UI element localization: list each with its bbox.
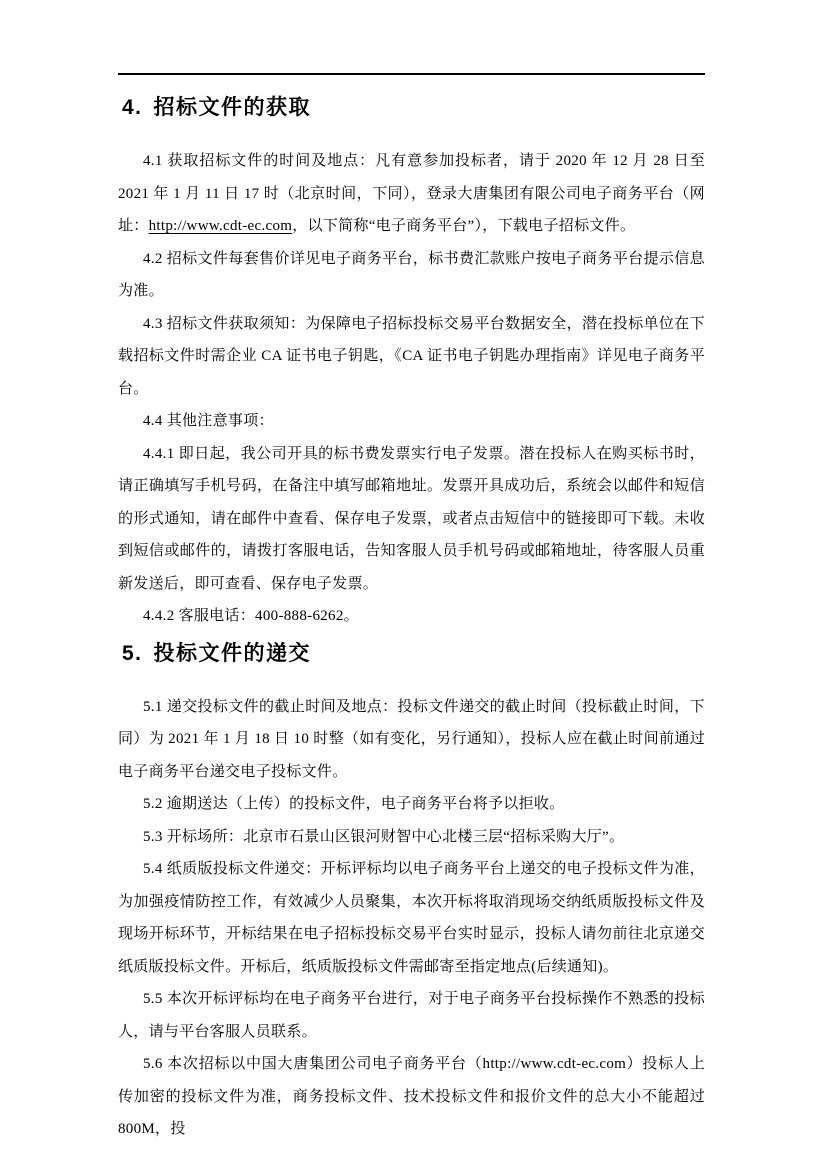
- paragraph-4-1: 4.1 获取招标文件的时间及地点：凡有意参加投标者，请于 2020 年 12 月…: [118, 145, 705, 243]
- paragraph-5-3: 5.3 开标场所：北京市石景山区银河财智中心北楼三层“招标采购大厅”。: [118, 821, 705, 854]
- paragraph-5-4: 5.4 纸质版投标文件递交：开标评标均以电子商务平台上递交的电子投标文件为准，为…: [118, 853, 705, 983]
- paragraph-4-4: 4.4 其他注意事项：: [118, 405, 705, 438]
- section-5-heading: 5.投标文件的递交: [118, 639, 705, 669]
- paragraph-4-4-1: 4.4.1 即日起，我公司开具的标书费发票实行电子发票。潜在投标人在购买标书时，…: [118, 438, 705, 601]
- section-5-number: 5.: [122, 642, 143, 665]
- paragraph-5-6: 5.6 本次招标以中国大唐集团公司电子商务平台（http://www.cdt-e…: [118, 1048, 705, 1146]
- section-5-title: 投标文件的递交: [154, 642, 312, 665]
- document-page: 4.招标文件的获取 4.1 获取招标文件的时间及地点：凡有意参加投标者，请于 2…: [0, 0, 827, 1169]
- paragraph-4-1-text-cont: ，以下简称“电子商务平台”），下载电子招标文件。: [292, 218, 635, 234]
- platform-url-part-2: //www.cdt-ec.com: [178, 218, 293, 234]
- paragraph-4-3: 4.3 招标文件获取须知：为保障电子招标投标交易平台数据安全，潜在投标单位在下载…: [118, 308, 705, 406]
- platform-url-part-1: http:: [149, 218, 178, 234]
- paragraph-5-2: 5.2 逾期送达（上传）的投标文件，电子商务平台将予以拒收。: [118, 788, 705, 821]
- paragraph-5-5: 5.5 本次开标评标均在电子商务平台进行，对于电子商务平台投标操作不熟悉的投标人…: [118, 983, 705, 1048]
- paragraph-5-1: 5.1 递交投标文件的截止时间及地点：投标文件递交的截止时间（投标截止时间，下同…: [118, 691, 705, 789]
- header-divider-rule: [118, 73, 705, 75]
- section-4-number: 4.: [122, 96, 143, 119]
- document-content: 4.招标文件的获取 4.1 获取招标文件的时间及地点：凡有意参加投标者，请于 2…: [118, 79, 705, 1146]
- paragraph-4-4-2: 4.4.2 客服电话：400-888-6262。: [118, 600, 705, 633]
- section-4-heading: 4.招标文件的获取: [118, 93, 705, 123]
- platform-url-link[interactable]: http://www.cdt-ec.com: [149, 218, 293, 234]
- section-4-title: 招标文件的获取: [154, 96, 312, 119]
- paragraph-4-2: 4.2 招标文件每套售价详见电子商务平台，标书费汇款账户按电子商务平台提示信息为…: [118, 243, 705, 308]
